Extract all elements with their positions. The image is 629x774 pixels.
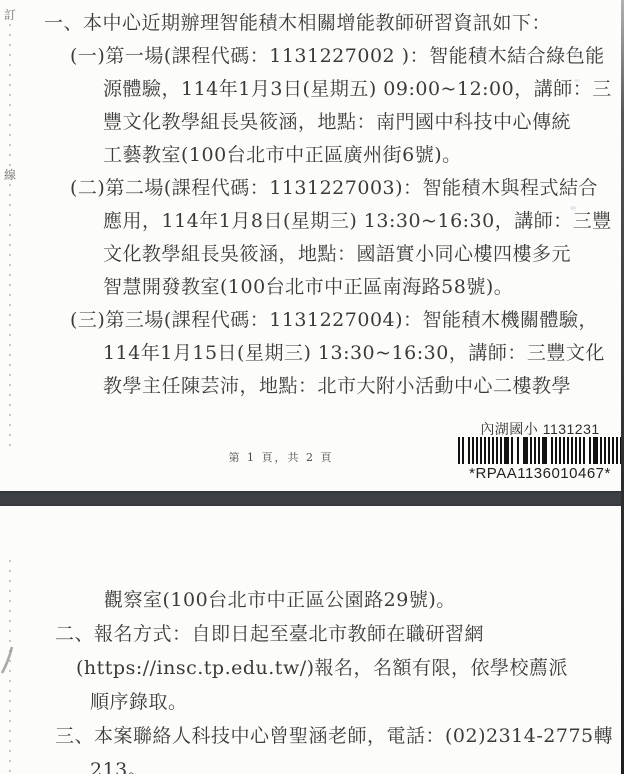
binding-mark-xian: 線 (3, 166, 17, 183)
school-stamp-label: 內湖國小 1131231 (458, 419, 622, 439)
document-line: 一、本中心近期辦理智能積木相關增能教師研習資訊如下： (44, 8, 551, 35)
barcode-value: *RPAA1136010467* (458, 465, 622, 482)
document-line: 豐文化教學組長吳筱涵，地點：南門國中科技中心傳統 (103, 107, 571, 134)
document-viewer: 訂 線 一、本中心近期辦理智能積木相關增能教師研習資訊如下： (一)第一場(課程… (0, 0, 629, 774)
page-edge-border (621, 0, 624, 774)
document-line: (三)第三場(課程代碼：1131227004)：智能積木機關體驗， (70, 305, 598, 332)
document-line: (https://insc.tp.edu.tw/)報名，名額有限，依學校薦派 (76, 653, 568, 680)
document-line: 文化教學組長吳筱涵，地點：國語實小同心樓四樓多元 (103, 239, 571, 266)
document-line: (二)第二場(課程代碼：1131227003)：智能積木與程式結合 (70, 173, 598, 200)
document-line: 三、本案聯絡人科技中心曾聖涵老師，電話：(02)2314-2775轉 (55, 721, 613, 748)
binding-mark-partial (0, 645, 16, 677)
document-line: 工藝教室(100台北市中正區廣州街6號)。 (103, 140, 462, 167)
document-line: 源體驗，114年1月3日(星期五) 09:00~12:00，講師：三 (103, 74, 612, 101)
document-line: 213。 (90, 755, 147, 774)
document-line: (一)第一場(課程代碼：1131227002 )：智能積木結合綠色能 (70, 41, 605, 68)
page-1: 訂 線 一、本中心近期辦理智能積木相關增能教師研習資訊如下： (一)第一場(課程… (0, 0, 624, 491)
barcode-icon (458, 437, 622, 464)
page-number-indicator: 第 1 頁，共 2 頁 (200, 449, 362, 465)
document-line: 觀察室(100台北市中正區公園路29號)。 (104, 585, 456, 612)
document-line: 114年1月15日(星期三) 13:30~16:30，講師：三豐文化 (103, 338, 605, 365)
page-2: 觀察室(100台北市中正區公園路29號)。 二、報名方式：自即日起至臺北市教師在… (0, 506, 624, 774)
scan-artifact (570, 206, 576, 210)
scan-artifact (572, 52, 579, 56)
binding-dotted-line (9, 24, 11, 446)
binding-mark-ding: 訂 (3, 6, 17, 23)
document-line: 智慧開發教室(100台北市中正區南海路58號)。 (103, 272, 513, 299)
document-line: 二、報名方式：自即日起至臺北市教師在職研習網 (55, 619, 484, 646)
page-separator (0, 491, 624, 506)
scan-artifact (574, 79, 580, 82)
document-line: 應用，114年1月8日(星期三) 13:30~16:30，講師：三豐 (103, 206, 612, 233)
document-line: 教學主任陳芸沛，地點：北市大附小活動中心二樓教學 (103, 371, 571, 398)
document-line: 順序錄取。 (90, 687, 188, 714)
